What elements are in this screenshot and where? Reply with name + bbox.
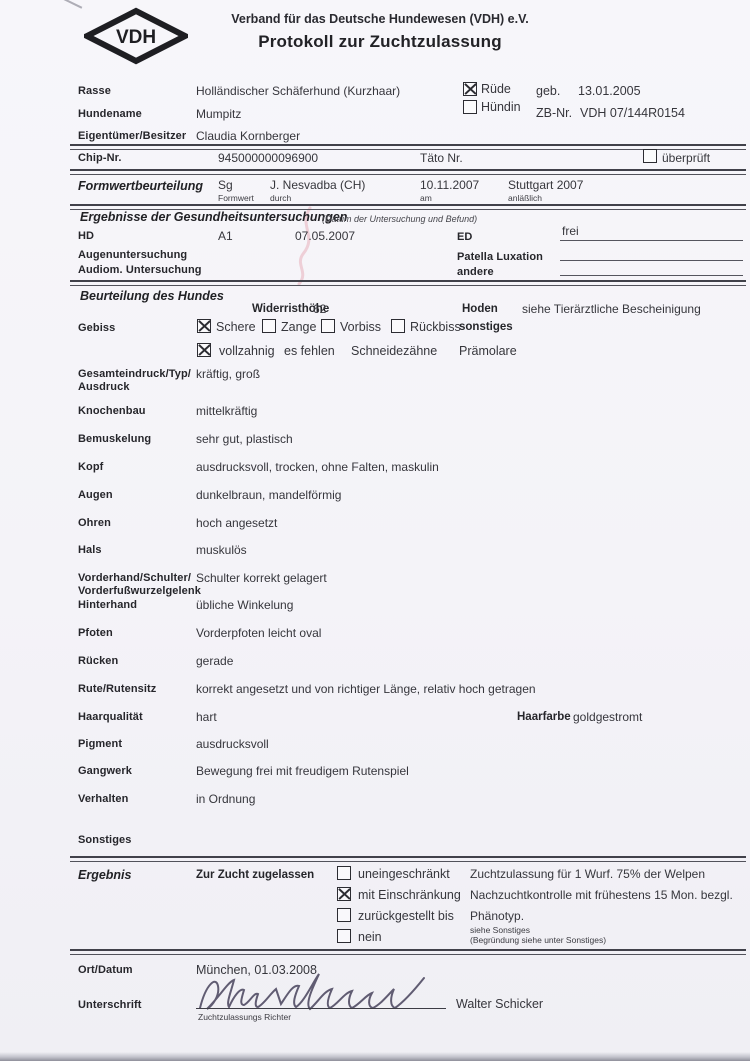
- attribute-value: ausdrucksvoll, trocken, ohne Falten, mas…: [196, 460, 439, 474]
- gebiss-zange-checkbox: [262, 319, 276, 333]
- geb-value: 13.01.2005: [578, 84, 641, 98]
- attribute-label: Ohren: [78, 517, 111, 529]
- formwert-durch-value: J. Nesvadba (CH): [270, 178, 365, 192]
- attribute-label: Bemuskelung: [78, 433, 151, 445]
- hd-datum: 07.05.2007: [295, 229, 355, 243]
- formwert-am-sublabel: am: [420, 193, 432, 203]
- andere-label: andere: [457, 266, 494, 278]
- ed-label: ED: [457, 231, 472, 243]
- attribute-label: Vorderhand/Schulter/ Vorderfußwurzelgele…: [78, 572, 206, 598]
- ed-befund: frei: [562, 224, 579, 238]
- eigentuemer-value: Claudia Kornberger: [196, 129, 300, 143]
- geb-label: geb.: [536, 84, 560, 98]
- hd-befund: A1: [218, 229, 233, 243]
- es-fehlen-label: es fehlen: [284, 344, 335, 358]
- formwert-label: Formwertbeurteilung: [78, 179, 203, 193]
- audiom-label: Audiom. Untersuchung: [78, 264, 202, 276]
- attribute-value: kräftig, groß: [196, 367, 260, 381]
- ort-datum-label: Ort/Datum: [78, 964, 133, 976]
- vollzahnig-checkbox: [197, 343, 211, 357]
- attribute-label: Haarqualität: [78, 711, 143, 723]
- gebiss-vorbiss-label: Vorbiss: [340, 320, 381, 334]
- patella-field-line: [560, 259, 743, 261]
- chip-label: Chip-Nr.: [78, 152, 122, 164]
- richter-sublabel: Zuchtzulassungs Richter: [198, 1012, 291, 1022]
- andere-field-line: [560, 274, 743, 276]
- attribute-value: mittelkräftig: [196, 404, 257, 418]
- hinweis-text: siehe Sonstiges: [470, 925, 530, 935]
- attribute-label: Gangwerk: [78, 765, 132, 777]
- formwert-anlass-sublabel: anläßlich: [508, 193, 542, 203]
- attribute-value: hart: [196, 710, 217, 724]
- attribute-value: Schulter korrekt gelagert: [196, 571, 327, 585]
- gesundheit-title: Ergebnisse der Gesundheitsuntersuchungen: [80, 210, 347, 224]
- zurueckgestellt-checkbox: [337, 908, 351, 922]
- ueberprueft-checkbox: [643, 149, 657, 163]
- gesundheit-subtitle: (Datum der Untersuchung und Befund): [322, 214, 477, 224]
- ruede-checkbox: [463, 82, 477, 96]
- hundename-value: Mumpitz: [196, 107, 241, 121]
- signature-line: [196, 1008, 446, 1009]
- schneidezaehne-label: Schneidezähne: [351, 344, 437, 358]
- formwert-am-value: 10.11.2007: [420, 178, 479, 192]
- zbnr-value: VDH 07/144R0154: [580, 106, 685, 120]
- gebiss-schere-checkbox: [197, 319, 211, 333]
- scanned-protocol-page: VDH Verband für das Deutsche Hundewesen …: [0, 0, 750, 1061]
- attribute-label: Kopf: [78, 461, 103, 473]
- haarfarbe-value: goldgestromt: [573, 710, 642, 724]
- ueberprueft-label: überprüft: [662, 151, 710, 165]
- gebiss-rueckbiss-label: Rückbiss: [410, 320, 461, 334]
- haarfarbe-label: Haarfarbe: [517, 711, 571, 723]
- uneingeschraenkt-checkbox: [337, 866, 351, 880]
- augenuntersuchung-label: Augenuntersuchung: [78, 249, 187, 261]
- divider: [70, 169, 746, 175]
- beurteilung-title: Beurteilung des Hundes: [80, 289, 224, 303]
- attribute-value: Vorderpfoten leicht oval: [196, 626, 321, 640]
- uneingeschraenkt-label: uneingeschränkt: [358, 867, 450, 881]
- divider: [70, 280, 746, 286]
- attribute-value: gerade: [196, 654, 233, 668]
- eigentuemer-label: Eigentümer/Besitzer: [78, 130, 186, 142]
- scan-edge-shadow: [0, 1052, 750, 1061]
- attribute-value: Bewegung frei mit freudigem Rutenspiel: [196, 764, 409, 778]
- hd-label: HD: [78, 230, 94, 242]
- attribute-label: Sonstiges: [78, 834, 131, 846]
- patella-label: Patella Luxation: [457, 251, 543, 263]
- mit-einschraenkung-label: mit Einschränkung: [358, 888, 461, 902]
- ergebnis-label: Ergebnis: [78, 868, 132, 882]
- chip-value: 945000000096900: [218, 151, 318, 165]
- attribute-label: Rücken: [78, 655, 118, 667]
- attribute-label: Knochenbau: [78, 405, 146, 417]
- organization-name: Verband für das Deutsche Hundewesen (VDH…: [130, 12, 630, 26]
- divider: [70, 856, 746, 862]
- hoden-value: siehe Tierärztliche Bescheinigung: [522, 302, 701, 316]
- formwert-value: Sg: [218, 178, 233, 192]
- attribute-label: Augen: [78, 489, 113, 501]
- gebiss-label: Gebiss: [78, 322, 115, 334]
- attribute-label: Verhalten: [78, 793, 128, 805]
- formwert-sublabel: Formwert: [218, 193, 254, 203]
- gebiss-rueckbiss-checkbox: [391, 319, 405, 333]
- praemolare-label: Prämolare: [459, 344, 517, 358]
- attribute-label: Hinterhand: [78, 599, 137, 611]
- zbnr-label: ZB-Nr.: [536, 106, 572, 120]
- divider: [70, 949, 746, 955]
- huendin-label: Hündin: [481, 100, 521, 114]
- attribute-value: muskulös: [196, 543, 247, 557]
- attribute-value: hoch angesetzt: [196, 516, 277, 530]
- signature-scribble: [192, 966, 447, 1014]
- page-title: Protokoll zur Zuchtzulassung: [130, 32, 630, 52]
- richter-name: Walter Schicker: [456, 997, 543, 1011]
- hoden-label: Hoden: [462, 303, 498, 315]
- attribute-value: dunkelbraun, mandelförmig: [196, 488, 341, 502]
- vollzahnig-label: vollzahnig: [219, 344, 275, 358]
- attribute-value: in Ordnung: [196, 792, 255, 806]
- auflage-text: Zuchtzulassung für 1 Wurf. 75% der Welpe…: [470, 864, 750, 927]
- huendin-checkbox: [463, 100, 477, 114]
- mit-einschraenkung-checkbox: [337, 887, 351, 901]
- zugelassen-label: Zur Zucht zugelassen: [196, 869, 314, 881]
- gebiss-zange-label: Zange: [281, 320, 316, 334]
- rasse-value: Holländischer Schäferhund (Kurzhaar): [196, 84, 400, 98]
- widerrist-value: 62: [313, 302, 326, 316]
- hinweis2-text: (Begründung siehe unter Sonstiges): [470, 935, 606, 945]
- unterschrift-label: Unterschrift: [78, 999, 142, 1011]
- nein-checkbox: [337, 929, 351, 943]
- attribute-value: korrekt angesetzt und von richtiger Läng…: [196, 682, 536, 696]
- hundename-label: Hundename: [78, 108, 142, 120]
- taeto-label: Täto Nr.: [420, 151, 463, 165]
- attribute-label: Gesamteindruck/Typ/ Ausdruck: [78, 368, 203, 394]
- attribute-label: Pfoten: [78, 627, 113, 639]
- attribute-label: Pigment: [78, 738, 122, 750]
- formwert-anlass-value: Stuttgart 2007: [508, 178, 583, 192]
- attribute-value: ausdrucksvoll: [196, 737, 269, 751]
- attribute-label: Rute/Rutensitz: [78, 683, 156, 695]
- zurueckgestellt-label: zurückgestellt bis: [358, 909, 454, 923]
- ed-field-line: [560, 239, 743, 241]
- gebiss-vorbiss-checkbox: [321, 319, 335, 333]
- attribute-value: übliche Winkelung: [196, 598, 293, 612]
- nein-label: nein: [358, 930, 382, 944]
- gebiss-schere-label: Schere: [216, 320, 256, 334]
- attribute-value: sehr gut, plastisch: [196, 432, 293, 446]
- gebiss-sonstiges-label: sonstiges: [459, 321, 513, 333]
- scan-artifact-line: [62, 0, 83, 9]
- rasse-label: Rasse: [78, 85, 111, 97]
- ruede-label: Rüde: [481, 82, 511, 96]
- formwert-durch-sublabel: durch: [270, 193, 291, 203]
- attribute-label: Hals: [78, 544, 102, 556]
